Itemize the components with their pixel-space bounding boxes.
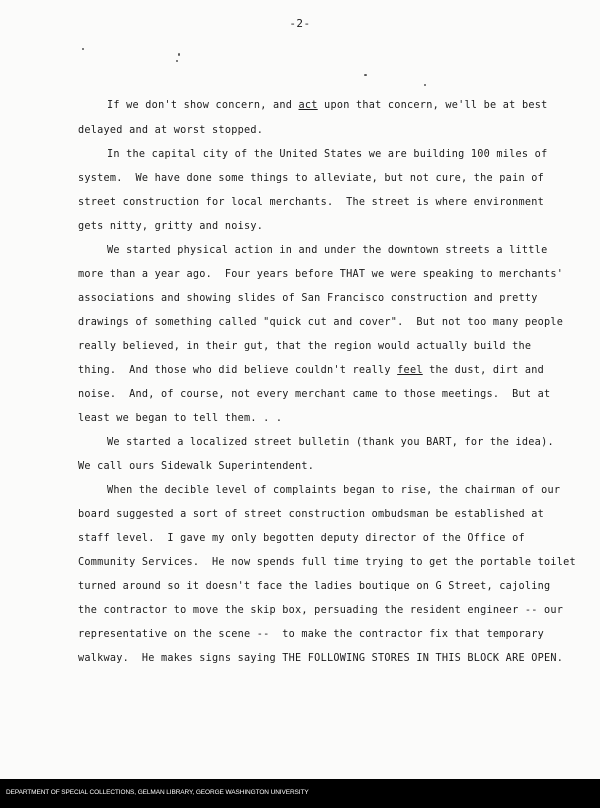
text-line: In the capital city of the United States…: [107, 149, 547, 161]
scan-speck: [176, 60, 178, 62]
text-line: system. We have done some things to alle…: [78, 173, 544, 185]
text-line: noise. And, of course, not every merchan…: [78, 389, 550, 401]
text-line: gets nitty, gritty and noisy.: [78, 221, 263, 233]
text-line: representative on the scene -- to make t…: [78, 629, 544, 641]
text-line: thing. And those who did believe couldn'…: [78, 365, 544, 377]
text-line: the contractor to move the skip box, per…: [78, 605, 563, 617]
text-line: drawings of something called "quick cut …: [78, 317, 563, 329]
text-line: turned around so it doesn't face the lad…: [78, 581, 550, 593]
text-line: If we don't show concern, and act upon t…: [107, 100, 547, 112]
text-line: We started a localized street bulletin (…: [107, 437, 554, 449]
archive-footer: DEPARTMENT OF SPECIAL COLLECTIONS, GELMA…: [0, 779, 600, 808]
text-line: Community Services. He now spends full t…: [78, 557, 576, 569]
text-line: more than a year ago. Four years before …: [78, 269, 563, 281]
text-line: We call ours Sidewalk Superintendent.: [78, 461, 314, 473]
text-line: staff level. I gave my only begotten dep…: [78, 533, 525, 545]
text-line: associations and showing slides of San F…: [78, 293, 538, 305]
text-line: walkway. He makes signs saying THE FOLLO…: [78, 653, 563, 665]
page-number: -2-: [0, 17, 600, 30]
text-line: board suggested a sort of street constru…: [78, 509, 544, 521]
scan-speck: [424, 84, 426, 86]
text-line: We started physical action in and under …: [107, 245, 547, 257]
scan-speck: [82, 48, 84, 50]
text-line: street construction for local merchants.…: [78, 197, 544, 209]
text-line: When the decible level of complaints beg…: [107, 485, 560, 497]
text-line: least we began to tell them. . .: [78, 413, 282, 425]
text-line: delayed and at worst stopped.: [78, 125, 263, 137]
scan-speck: [178, 53, 180, 56]
archive-credit: DEPARTMENT OF SPECIAL COLLECTIONS, GELMA…: [6, 789, 309, 796]
text-line: really believed, in their gut, that the …: [78, 341, 531, 353]
scan-speck: [364, 74, 367, 76]
